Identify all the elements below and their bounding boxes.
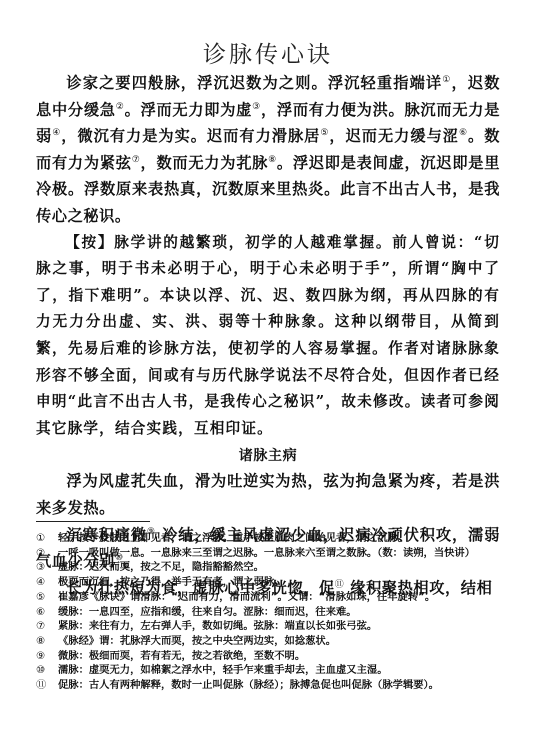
document-page: 诊脉传心诀 诊家之要四般脉，浮沉迟数为之则。浮沉轻重指端详①，迟数息中分缓急②。… [0,0,536,729]
footnote-text: 濡脉：虚耎无力，如棉絮之浮水中，轻手乍来重手却去，主血虚又主湿。 [58,663,506,678]
footnote-marker: ② [36,546,58,561]
section-heading: 诸脉主病 [36,444,500,468]
verse-text: ，数而无力为芤脉 [141,154,269,172]
footnote-marker: ④ [36,575,58,590]
footnote-ref-7[interactable]: ⑦ [132,155,141,165]
footnote-text: 微脉：极细而耎，若有若无，按之若欲绝，至数不明。 [58,649,506,664]
footnote-text: 《脉经》谓：芤脉浮大而耎，按之中央空两边实，如捻葱状。 [58,634,506,649]
footnote-3: ③虚脉：迟大而耎，按之不足，隐指豁豁然空。 [36,560,506,575]
verse-text: ，微沉有力是为实。迟而有力滑脉居 [61,127,320,145]
footnotes: ①轻手按于皮肤之上即见者，谓之浮脉。重手按至肌肉之间始见者，谓之沉脉。 ②一呼一… [36,531,506,693]
footnote-8: ⑧《脉经》谓：芤脉浮大而耎，按之中央空两边实，如捻葱状。 [36,634,506,649]
footnote-marker: ③ [36,560,58,575]
footnote-6: ⑥缓脉：一息四至，应指和缓，往来自匀。涩脉：细而迟，往来难。 [36,605,506,620]
footnote-ref-1[interactable]: ① [442,75,451,85]
footnote-1: ①轻手按于皮肤之上即见者，谓之浮脉。重手按至肌肉之间始见者，谓之沉脉。 [36,531,506,546]
footnote-marker: ⑨ [36,649,58,664]
footnote-text: 虚脉：迟大而耎，按之不足，隐指豁豁然空。 [58,560,506,575]
verse-paragraph-2: 浮为风虚芤失血，滑为吐逆实为热，弦为拘急紧为疼，若是洪来多发热。 [36,468,500,521]
footnote-5: ⑤崔嘉彦《脉诀》谓滑脉：“迟而有力，滑而流利”。又谓：“滑脉如珠，往年旋转”。 [36,590,506,605]
footnote-text: 缓脉：一息四至，应指和缓，往来自匀。涩脉：细而迟，往来难。 [58,605,506,620]
commentary-paragraph: 【按】脉学讲的越繁琐，初学的人越难掌握。前人曾说：“切脉之事，明于书未必明于心，… [36,230,500,443]
footnote-2: ②一呼一吸叫做一息。一息脉来三至谓之迟脉。一息脉来六至谓之数脉。（数：读朔，当快… [36,546,506,561]
footnote-4: ④极耎而沉细，按之乃得，举手无有者，谓之弱脉。 [36,575,506,590]
footnote-text: 紧脉：来往有力，左右弹人手，数如切绳。弦脉：端直以长如张弓弦。 [58,619,506,634]
footnote-ref-6[interactable]: ⑥ [459,128,468,138]
footnote-ref-2[interactable]: ② [116,102,125,112]
verse-text: 。浮而无力即为虚 [125,101,253,119]
footnote-marker: ⑩ [36,663,58,678]
footnote-10: ⑩濡脉：虚耎无力，如棉絮之浮水中，轻手乍来重手却去，主血虚又主湿。 [36,663,506,678]
footnote-text: 一呼一吸叫做一息。一息脉来三至谓之迟脉。一息脉来六至谓之数脉。（数：读朔，当快讲… [58,546,506,561]
footnote-marker: ⑧ [36,634,58,649]
footnote-marker: ⑦ [36,619,58,634]
verse-text: ，迟而无力缓与涩 [329,127,459,145]
verse-paragraph-1: 诊家之要四般脉，浮沉迟数为之则。浮沉轻重指端详①，迟数息中分缓急②。浮而无力即为… [36,70,500,230]
commentary-text: 脉学讲的越繁琐，初学的人越难掌握。前人曾说：“切脉之事，明于书未必明于心，明于心… [36,234,500,437]
footnote-separator [36,521,150,522]
footnote-marker: ⑤ [36,590,58,605]
footnote-7: ⑦紧脉：来往有力，左右弹人手，数如切绳。弦脉：端直以长如张弓弦。 [36,619,506,634]
commentary-label: 【按】 [65,234,114,251]
footnote-marker: ⑪ [36,678,58,693]
footnote-text: 轻手按于皮肤之上即见者，谓之浮脉。重手按至肌肉之间始见者，谓之沉脉。 [58,531,506,546]
footnote-text: 崔嘉彦《脉诀》谓滑脉：“迟而有力，滑而流利”。又谓：“滑脉如珠，往年旋转”。 [58,590,506,605]
footnote-ref-4[interactable]: ④ [52,128,61,138]
footnote-text: 促脉：古人有两种解释，数时一止叫促脉（脉经）；脉搏急促也叫促脉（脉学辑要）。 [58,678,506,693]
footnote-marker: ① [36,531,58,546]
footnote-ref-3[interactable]: ③ [252,102,261,112]
footnote-9: ⑨微脉：极细而耎，若有若无，按之若欲绝，至数不明。 [36,649,506,664]
page-title: 诊脉传心诀 [0,36,536,69]
footnote-marker: ⑥ [36,605,58,620]
footnote-text: 极耎而沉细，按之乃得，举手无有者，谓之弱脉。 [58,575,506,590]
footnote-11: ⑪促脉：古人有两种解释，数时一止叫促脉（脉经）；脉搏急促也叫促脉（脉学辑要）。 [36,678,506,693]
verse-text: 诊家之要四般脉，浮沉迟数为之则。浮沉轻重指端详 [66,74,442,92]
footnote-ref-8[interactable]: ⑧ [268,155,277,165]
